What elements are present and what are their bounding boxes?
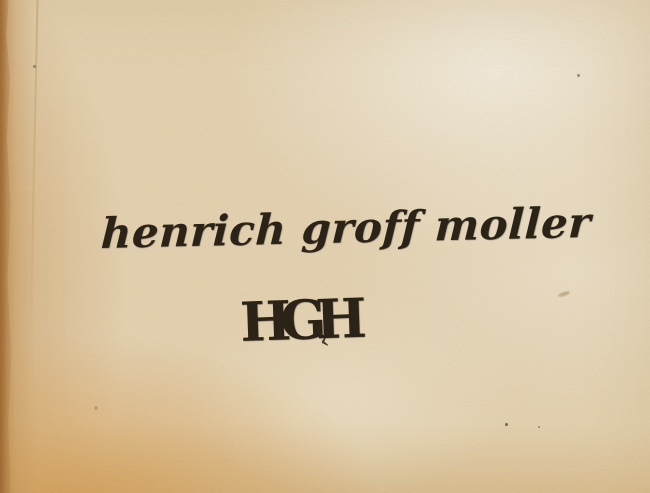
inscription-block: henrich groff moller HGH [0,0,650,493]
ink-speck [538,426,540,428]
paper-blemish [94,406,98,410]
manuscript-page: henrich groff moller HGH ‹ [0,0,650,493]
ink-speck [33,65,36,68]
ink-speck [577,74,580,77]
ink-speck [505,423,508,426]
handwritten-name: henrich groff moller [100,202,592,255]
monogram-initials: HGH [239,291,357,349]
